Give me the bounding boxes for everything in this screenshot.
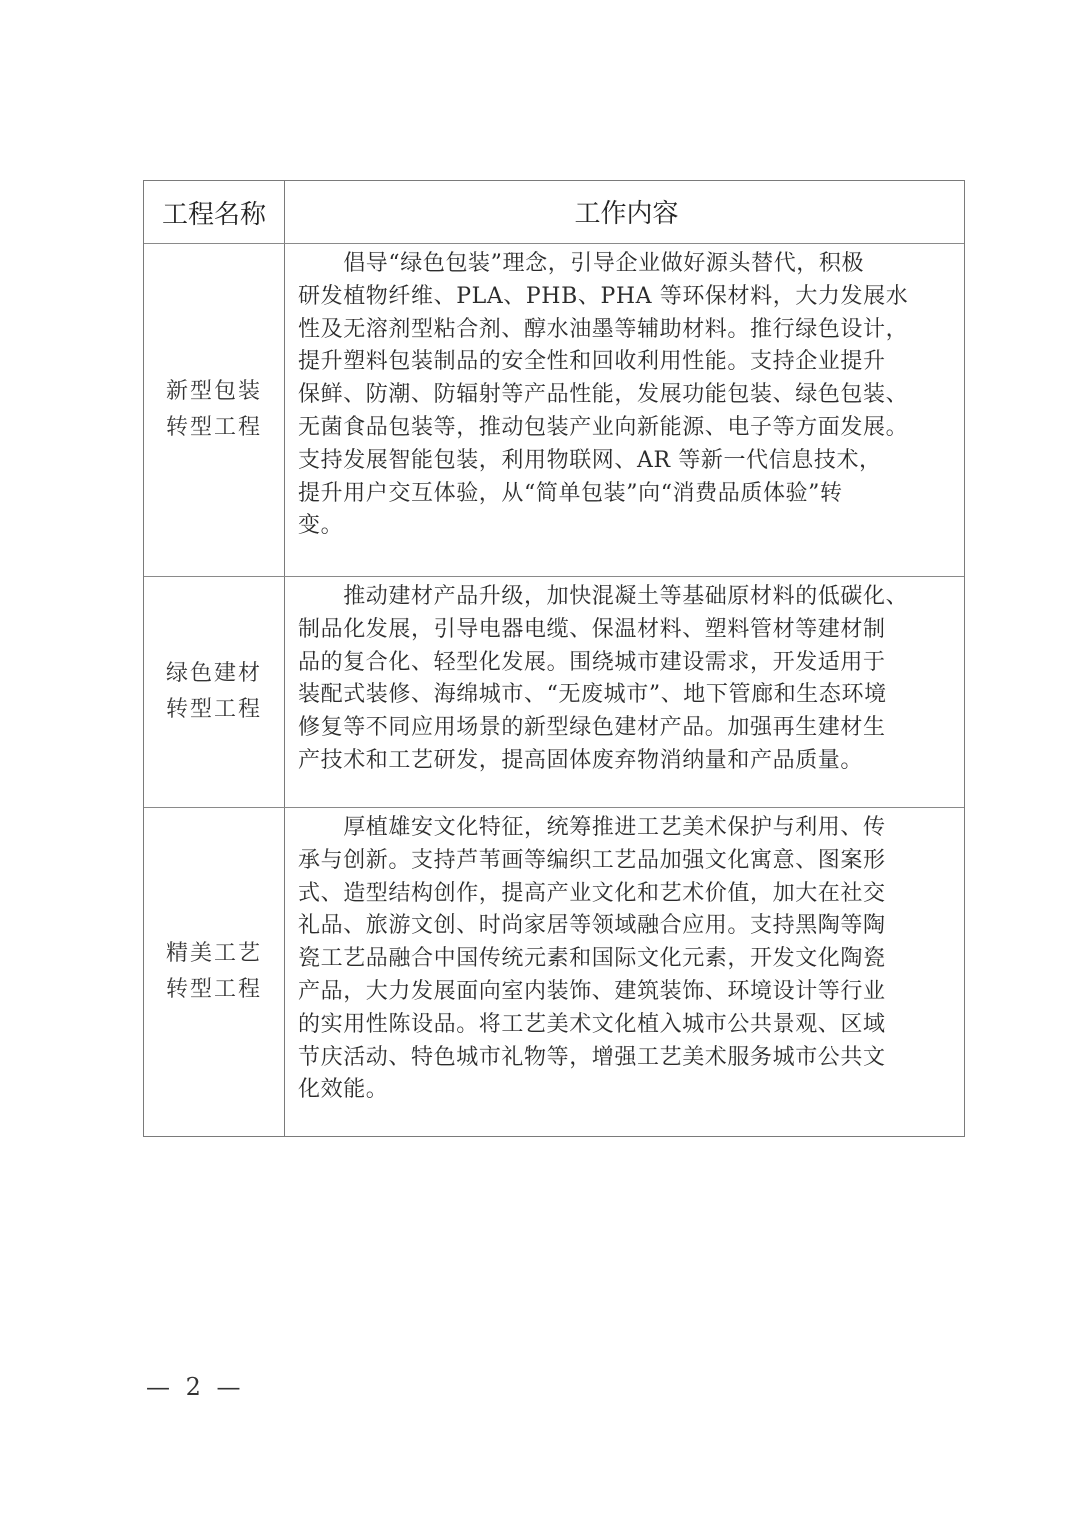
project-name-cell: 新型包装 转型工程	[144, 244, 285, 576]
content-line: 制品化发展，引导电器电缆、保温材料、塑料管材等建材制	[298, 614, 955, 647]
engineering-table: 工程名称 工作内容 新型包装 转型工程 倡导“绿色包装”理念，引导企业做好源头替…	[143, 180, 965, 1137]
work-content-cell: 厚植雄安文化特征，统筹推进工艺美术保护与利用、传 承与创新。支持芦苇画等编织工艺…	[285, 808, 964, 1136]
table-row: 新型包装 转型工程 倡导“绿色包装”理念，引导企业做好源头替代，积极 研发植物纤…	[144, 243, 964, 576]
content-line: 倡导“绿色包装”理念，引导企业做好源头替代，积极	[298, 248, 955, 281]
content-line: 性及无溶剂型粘合剂、醇水油墨等辅助材料。推行绿色设计，	[298, 314, 955, 347]
content-line: 化效能。	[298, 1074, 955, 1107]
work-content-cell: 倡导“绿色包装”理念，引导企业做好源头替代，积极 研发植物纤维、PLA、PHB、…	[285, 244, 964, 576]
content-line: 研发植物纤维、PLA、PHB、PHA 等环保材料，大力发展水	[298, 281, 955, 314]
content-line: 承与创新。支持芦苇画等编织工艺品加强文化寓意、图案形	[298, 845, 955, 878]
content-line: 品的复合化、轻型化发展。围绕城市建设需求，开发适用于	[298, 647, 955, 680]
project-name-cell: 绿色建材 转型工程	[144, 577, 285, 807]
table-row: 绿色建材 转型工程 推动建材产品升级，加快混凝土等基础原材料的低碳化、 制品化发…	[144, 576, 964, 807]
header-project-name: 工程名称	[144, 181, 285, 243]
content-line: 提升塑料包装制品的安全性和回收利用性能。支持企业提升	[298, 346, 955, 379]
content-line: 无菌食品包装等，推动包装产业向新能源、电子等方面发展。	[298, 412, 955, 445]
project-name-cell: 精美工艺 转型工程	[144, 808, 285, 1136]
table-row: 精美工艺 转型工程 厚植雄安文化特征，统筹推进工艺美术保护与利用、传 承与创新。…	[144, 807, 964, 1136]
content-line: 提升用户交互体验，从“简单包装”向“消费品质体验”转	[298, 478, 955, 511]
content-line: 保鲜、防潮、防辐射等产品性能，发展功能包装、绿色包装、	[298, 379, 955, 412]
content-line: 厚植雄安文化特征，统筹推进工艺美术保护与利用、传	[298, 812, 955, 845]
content-line: 的实用性陈设品。将工艺美术文化植入城市公共景观、区域	[298, 1009, 955, 1042]
project-name-line: 转型工程	[166, 972, 262, 1008]
project-name-line: 转型工程	[166, 410, 262, 446]
content-line: 修复等不同应用场景的新型绿色建材产品。加强再生建材生	[298, 712, 955, 745]
content-line: 支持发展智能包装，利用物联网、AR 等新一代信息技术，	[298, 445, 955, 478]
content-line: 瓷工艺品融合中国传统元素和国际文化元素，开发文化陶瓷	[298, 943, 955, 976]
header-work-content: 工作内容	[285, 181, 964, 243]
project-name-line: 绿色建材	[166, 656, 262, 692]
table-header-row: 工程名称 工作内容	[144, 181, 964, 243]
project-name-line: 转型工程	[166, 692, 262, 728]
content-line: 式、造型结构创作，提高产业文化和艺术价值，加大在社交	[298, 878, 955, 911]
content-line: 装配式装修、海绵城市、“无废城市”、地下管廊和生态环境	[298, 679, 955, 712]
project-name-line: 精美工艺	[166, 936, 262, 972]
page-number: — 2 —	[146, 1373, 245, 1401]
content-line: 推动建材产品升级，加快混凝土等基础原材料的低碳化、	[298, 581, 955, 614]
content-line: 产技术和工艺研发，提高固体废弃物消纳量和产品质量。	[298, 745, 955, 778]
content-line: 产品，大力发展面向室内装饰、建筑装饰、环境设计等行业	[298, 976, 955, 1009]
work-content-cell: 推动建材产品升级，加快混凝土等基础原材料的低碳化、 制品化发展，引导电器电缆、保…	[285, 577, 964, 807]
content-line: 节庆活动、特色城市礼物等，增强工艺美术服务城市公共文	[298, 1042, 955, 1075]
content-line: 礼品、旅游文创、时尚家居等领域融合应用。支持黑陶等陶	[298, 910, 955, 943]
content-line: 变。	[298, 510, 955, 543]
project-name-line: 新型包装	[166, 374, 262, 410]
